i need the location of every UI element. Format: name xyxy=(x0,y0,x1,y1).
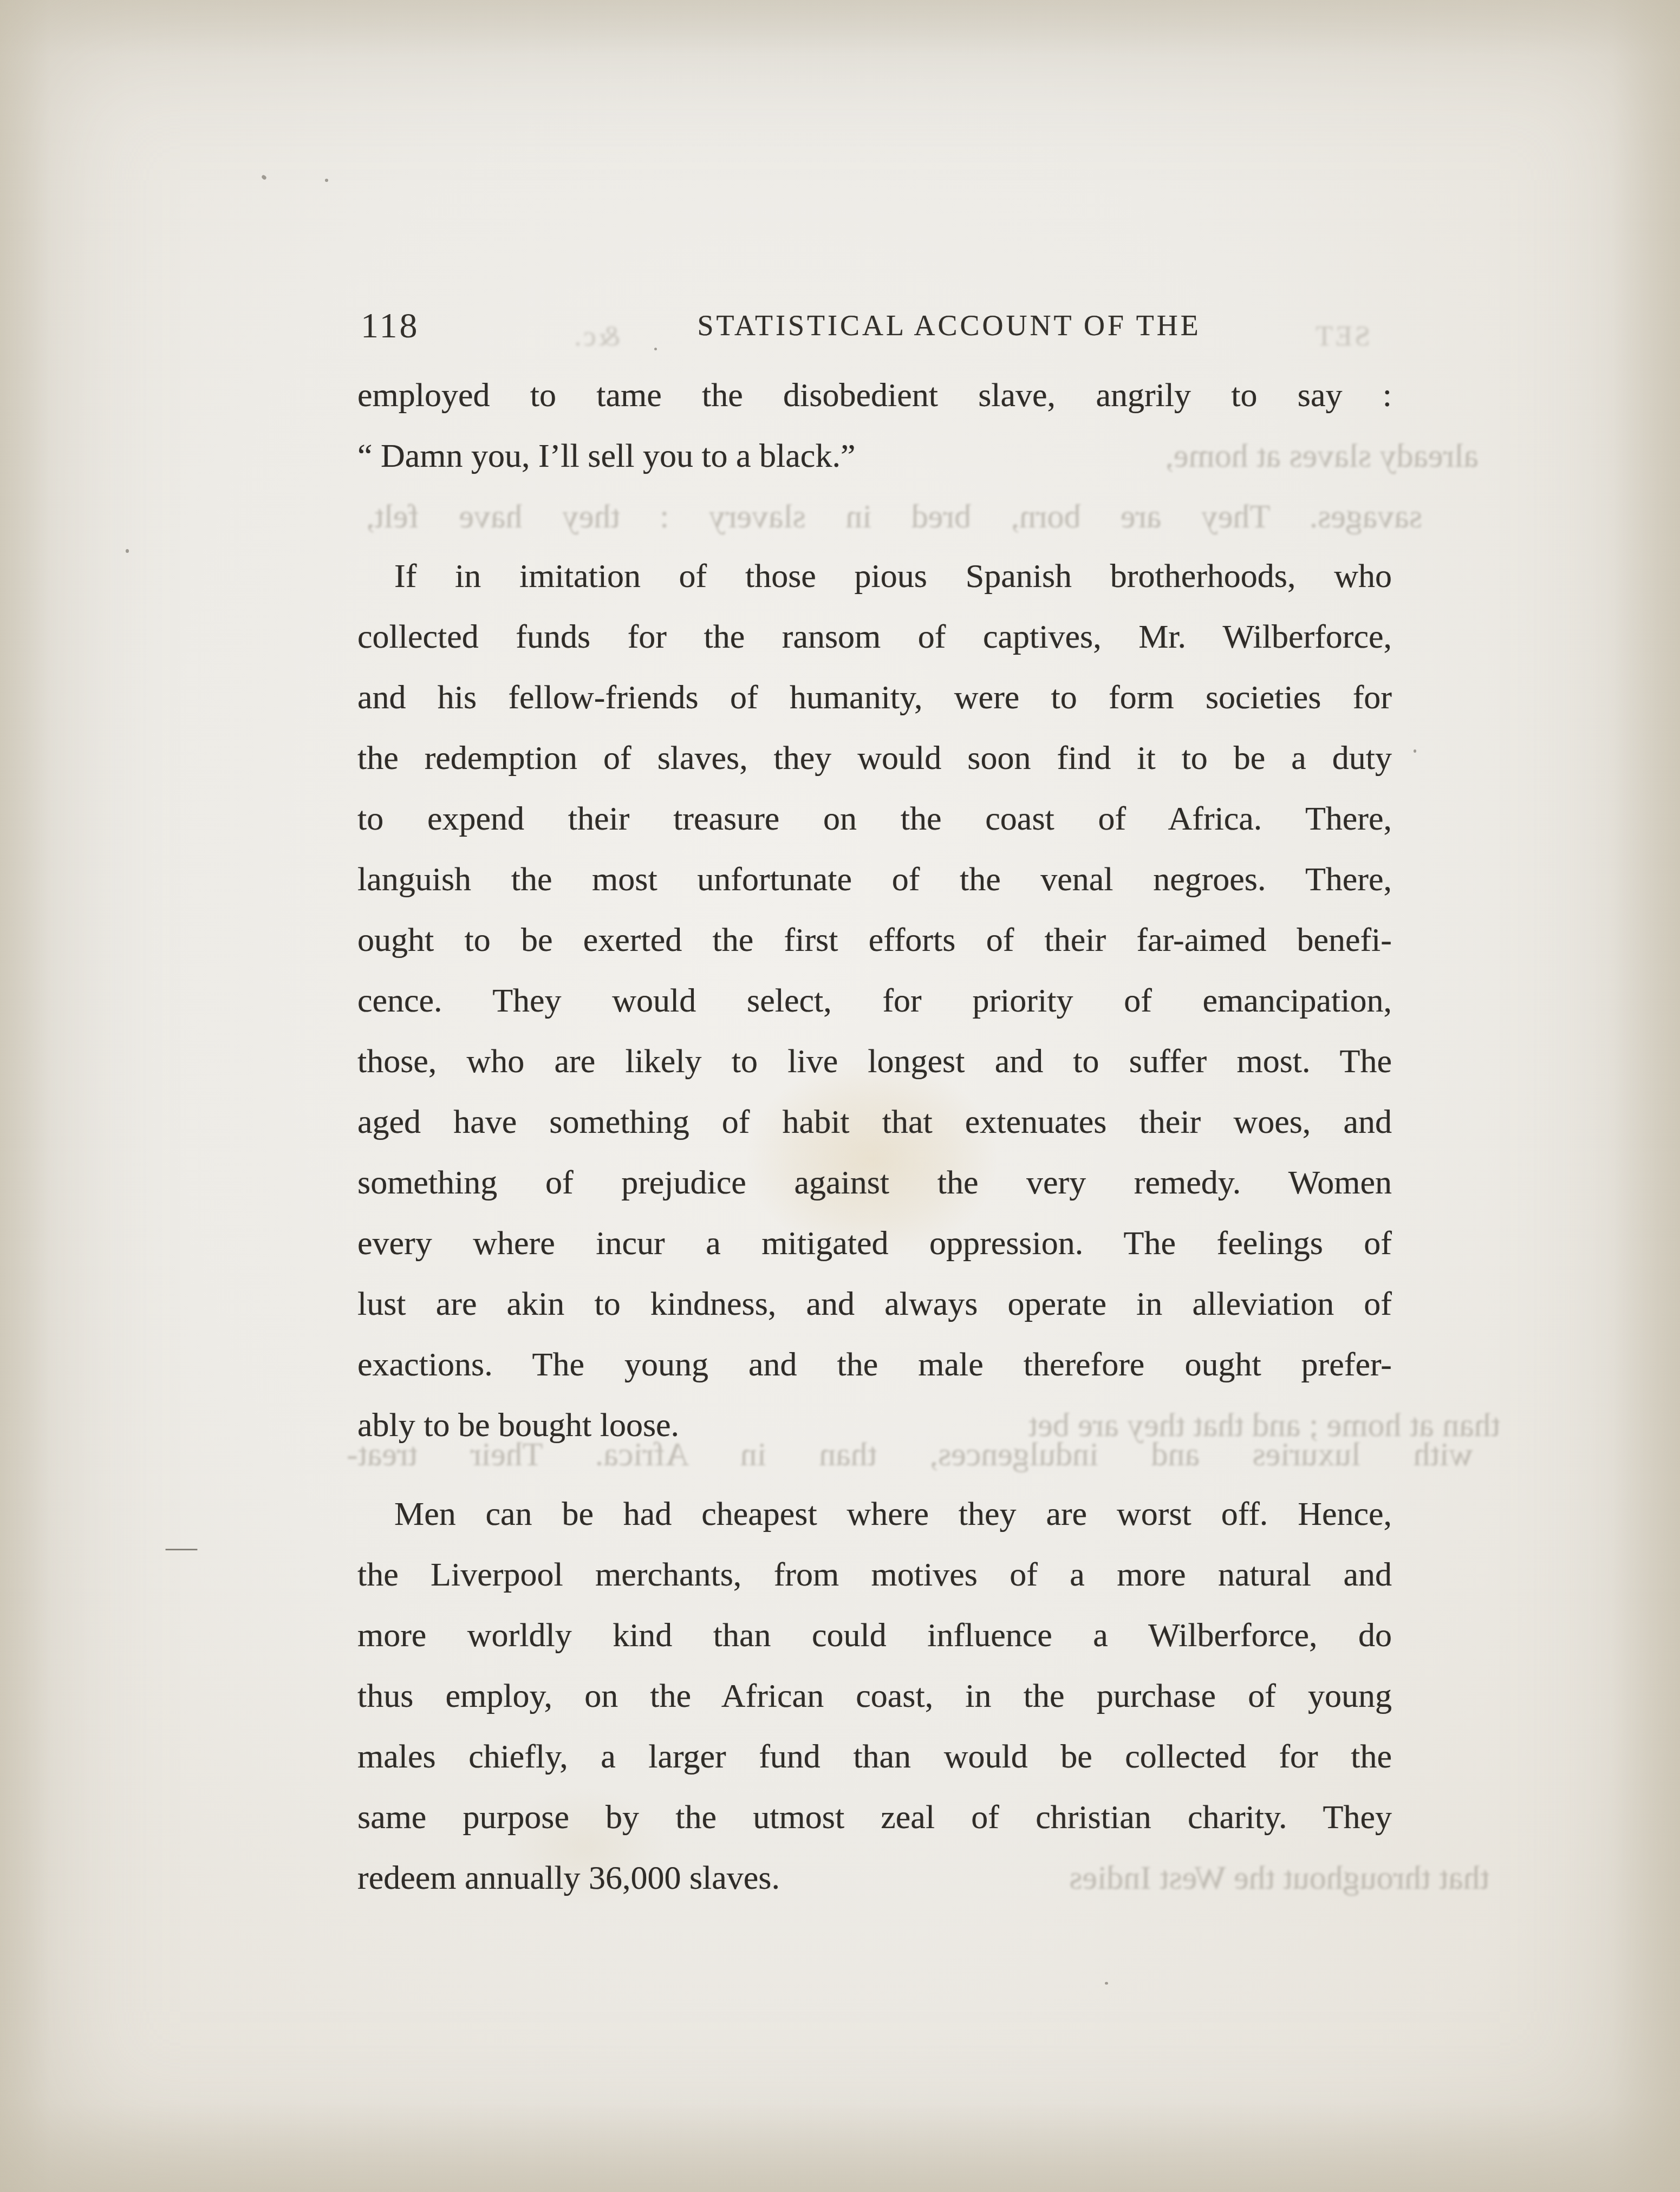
paper-speck xyxy=(1105,1982,1108,1985)
text-line: the Liverpool merchants, from motives of… xyxy=(357,1544,1392,1605)
text-line: If in imitation of those pious Spanish b… xyxy=(357,546,1392,606)
paragraph-3: Men can be had cheapest where they are w… xyxy=(357,1484,1392,1908)
text-line: males chiefly, a larger fund than would … xyxy=(357,1726,1392,1787)
text-line: languish the most unfortunate of the ven… xyxy=(357,849,1392,910)
margin-dash-mark: — xyxy=(166,1528,195,1564)
text-line: to expend their treasure on the coast of… xyxy=(357,788,1392,849)
text-line: same purpose by the utmost zeal of chris… xyxy=(357,1787,1392,1848)
bleed-line: savages. They are born, bred in slavery … xyxy=(366,486,1422,547)
paper-speck xyxy=(126,549,129,553)
paper-speck xyxy=(325,179,328,182)
running-head: STATISTICAL ACCOUNT OF THE xyxy=(647,309,1251,342)
scanned-book-page: 118 STATISTICAL ACCOUNT OF THE &c. SET e… xyxy=(0,0,1680,2192)
text-line: thus employ, on the African coast, in th… xyxy=(357,1666,1392,1726)
text-line: those, who are likely to live longest an… xyxy=(357,1031,1392,1092)
text-line: ought to be exerted the first efforts of… xyxy=(357,910,1392,970)
paper-speck xyxy=(261,174,267,180)
text-line: every where incur a mitigated oppression… xyxy=(357,1213,1392,1274)
text-line: “ Damn you, I’ll sell you to a black.” xyxy=(357,426,1392,486)
paragraph-1: employed to tame the disobedient slave, … xyxy=(357,365,1392,486)
text-line: something of prejudice against the very … xyxy=(357,1152,1392,1213)
text-line: Men can be had cheapest where they are w… xyxy=(357,1484,1392,1544)
paper-speck xyxy=(1414,749,1416,753)
text-line: lust are akin to kindness, and always op… xyxy=(357,1274,1392,1334)
text-line: aged have something of habit that extenu… xyxy=(357,1092,1392,1152)
text-line: ably to be bought loose. xyxy=(357,1395,1392,1456)
text-line: redeem annually 36,000 slaves. xyxy=(357,1848,1392,1908)
text-line: collected funds for the ransom of captiv… xyxy=(357,606,1392,667)
paragraph-2: If in imitation of those pious Spanish b… xyxy=(357,546,1392,1456)
text-line: employed to tame the disobedient slave, … xyxy=(357,365,1392,426)
page-header: 118 STATISTICAL ACCOUNT OF THE xyxy=(357,301,1392,355)
text-line: exactions. The young and the male theref… xyxy=(357,1334,1392,1395)
page-number: 118 xyxy=(361,305,420,347)
text-line: and his fellow-friends of humanity, were… xyxy=(357,667,1392,728)
text-line: cence. They would select, for priority o… xyxy=(357,970,1392,1031)
text-line: the redemption of slaves, they would soo… xyxy=(357,728,1392,788)
text-line: more worldly kind than could influence a… xyxy=(357,1605,1392,1666)
